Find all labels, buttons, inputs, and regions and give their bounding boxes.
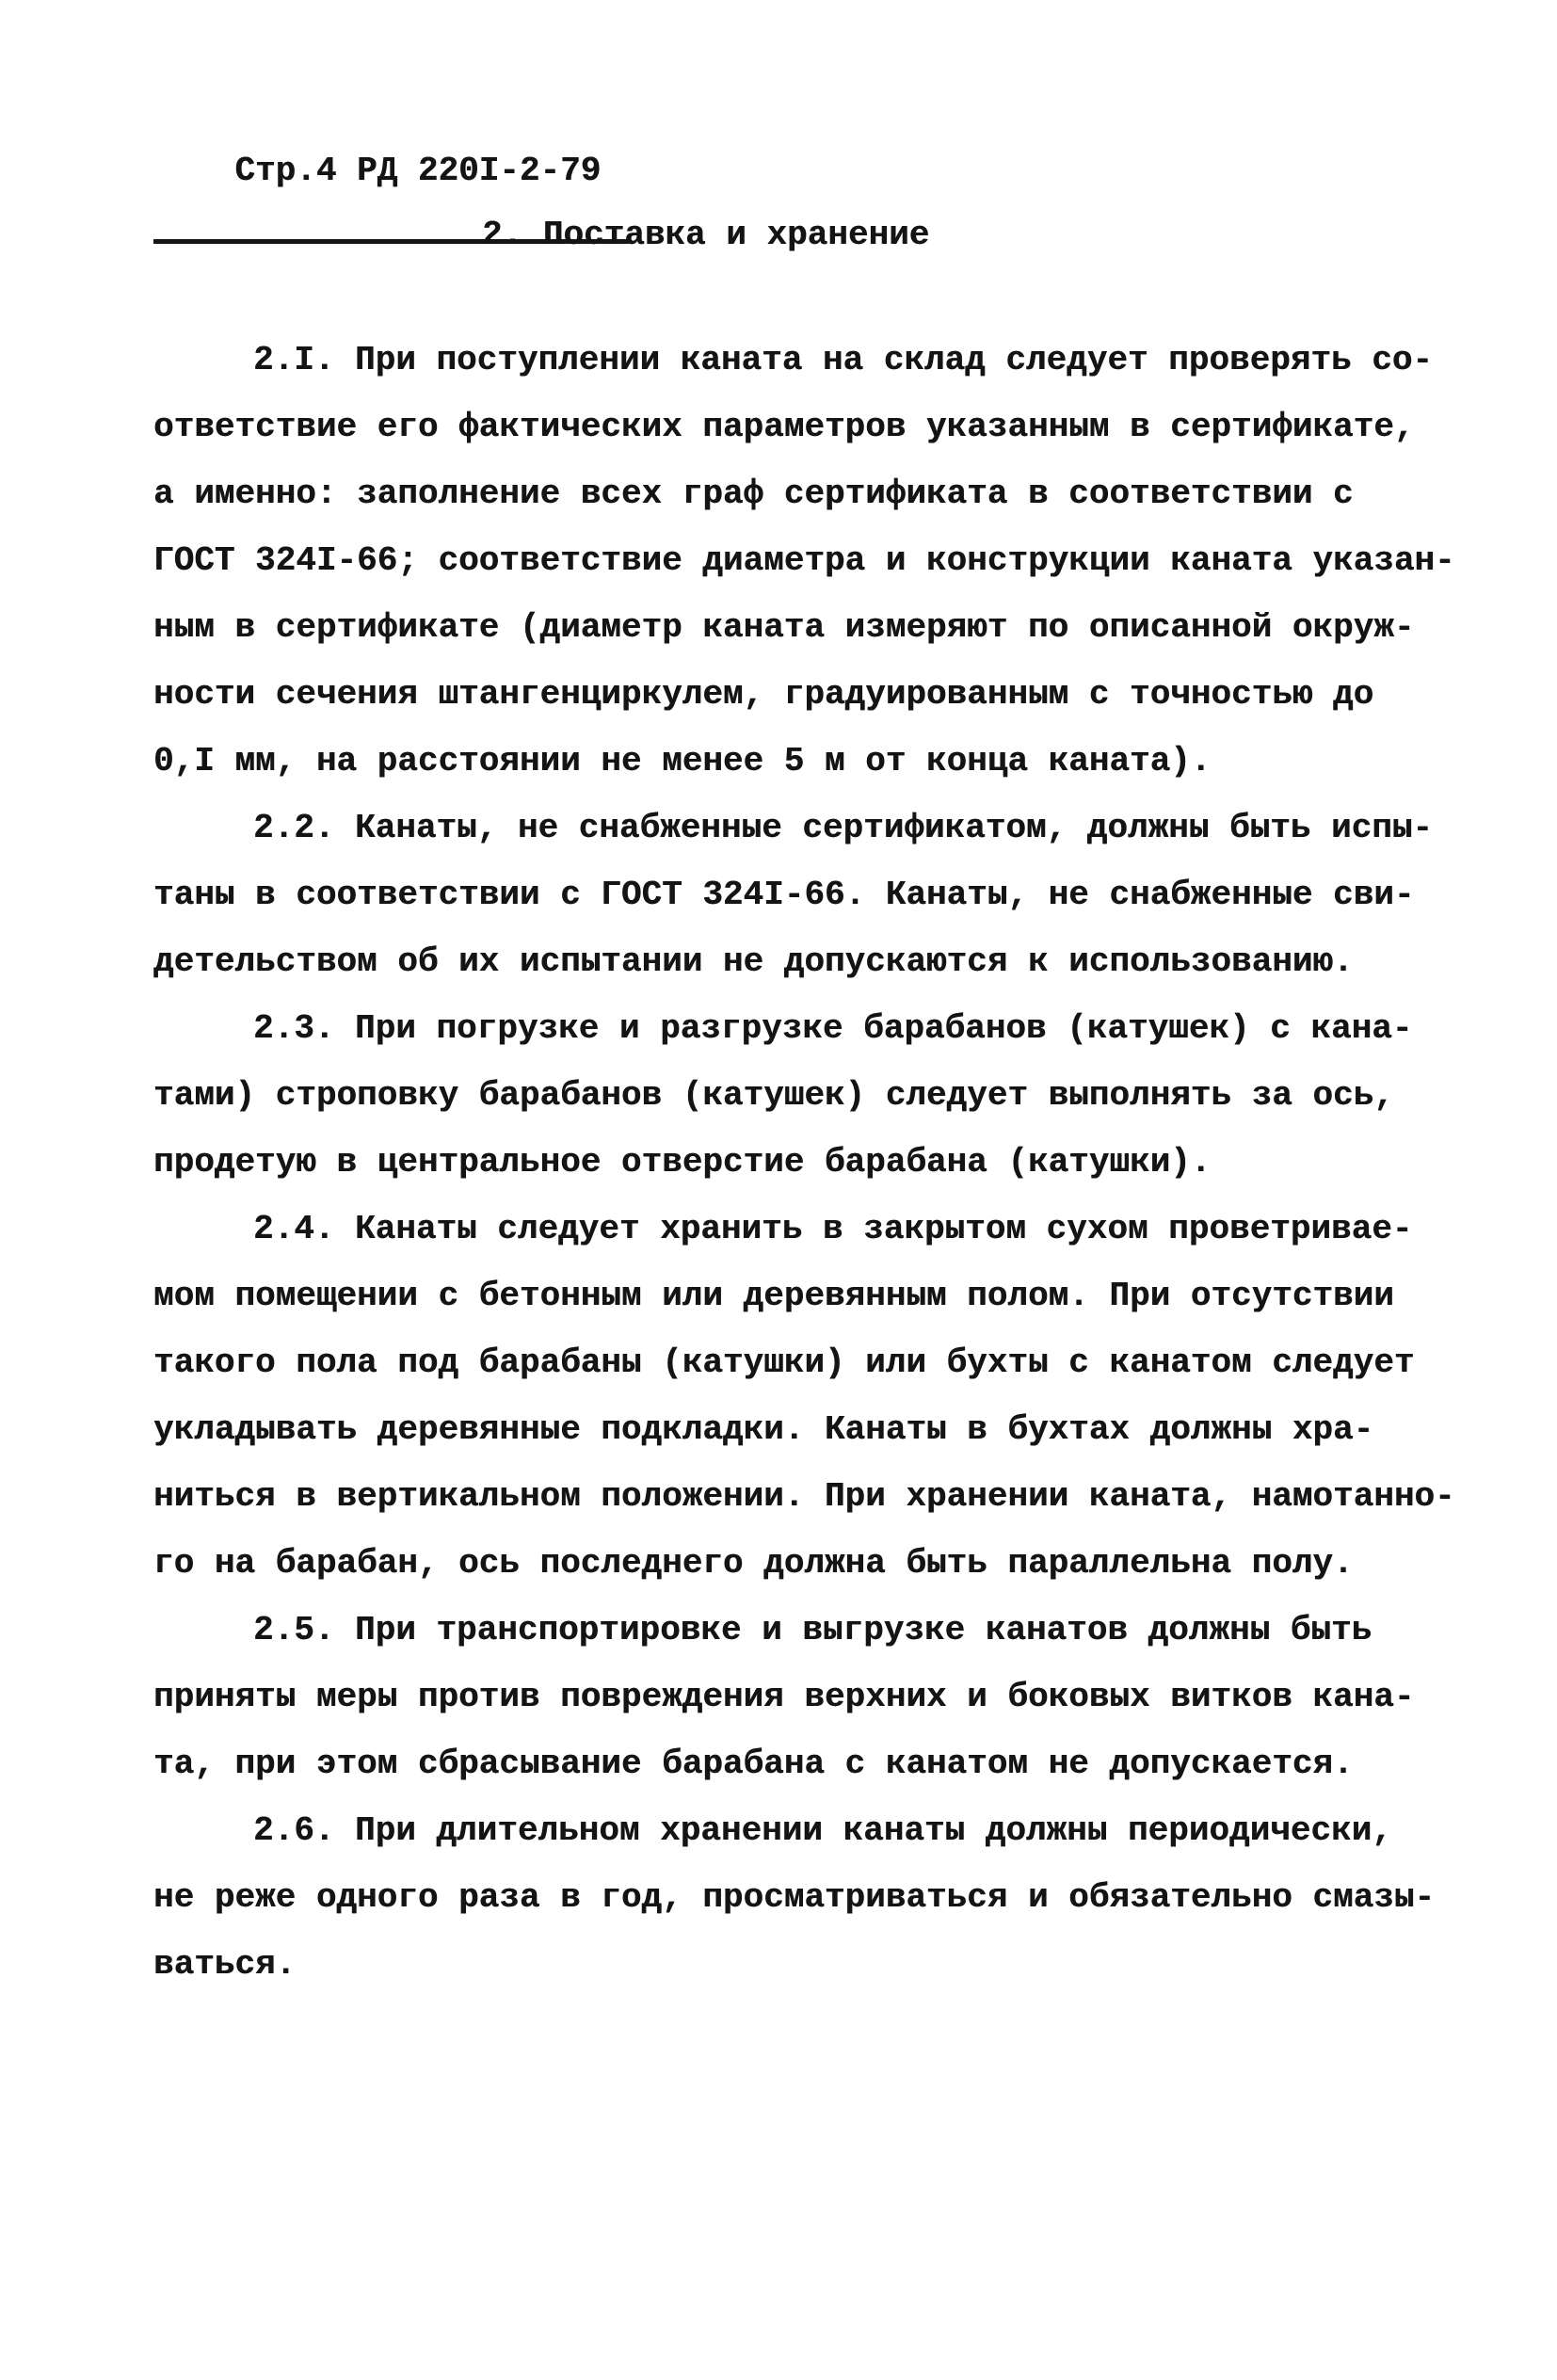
paragraph-2-2: 2.2. Канаты, не снабженные сертификатом,… [153, 795, 1547, 995]
paragraph-2-3: 2.3. При погрузке и разгрузке барабанов … [153, 995, 1547, 1196]
paragraph-2-5: 2.5. При транспортировке и выгрузке кана… [153, 1597, 1547, 1797]
text-line: та, при этом сбрасывание барабана с кана… [153, 1730, 1547, 1797]
page-header-text: Стр.4 РД 220I-2-79 [234, 152, 601, 190]
text-line: ным в сертификате (диаметр каната измеря… [153, 594, 1547, 661]
document-page: Стр.4 РД 220I-2-79 2. Поставка и хранени… [0, 0, 1557, 2380]
text-line: ности сечения штангенциркулем, градуиров… [153, 661, 1547, 728]
text-line: укладывать деревянные подкладки. Канаты … [153, 1396, 1547, 1463]
paragraph-2-6: 2.6. При длительном хранении канаты долж… [153, 1797, 1547, 1998]
text-line: продетую в центральное отверстие барабан… [153, 1129, 1547, 1196]
paragraph-2-1: 2.I. При поступлении каната на склад сле… [153, 327, 1547, 795]
text-line: 2.I. При поступлении каната на склад сле… [153, 327, 1547, 394]
text-line: мом помещении с бетонным или деревянным … [153, 1262, 1547, 1329]
text-line: таны в соответствии с ГОСТ 324I-66. Кана… [153, 861, 1547, 928]
text-line: 0,I мм, на расстоянии не менее 5 м от ко… [153, 728, 1547, 795]
text-line: 2.2. Канаты, не снабженные сертификатом,… [153, 795, 1547, 861]
text-line: го на барабан, ось последнего должна быт… [153, 1530, 1547, 1597]
text-line: 2.3. При погрузке и разгрузке барабанов … [153, 995, 1547, 1062]
section-title: 2. Поставка и хранение [482, 215, 929, 256]
paragraph-2-4: 2.4. Канаты следует хранить в закрытом с… [153, 1196, 1547, 1597]
text-line: ответствие его фактических параметров ук… [153, 394, 1547, 460]
text-line: 2.6. При длительном хранении канаты долж… [153, 1797, 1547, 1864]
document-body: 2.I. При поступлении каната на склад сле… [153, 327, 1547, 1998]
text-line: 2.5. При транспортировке и выгрузке кана… [153, 1597, 1547, 1664]
text-line: ваться. [153, 1931, 1547, 1998]
text-line: тами) строповку барабанов (катушек) след… [153, 1062, 1547, 1129]
text-line: детельством об их испытании не допускают… [153, 928, 1547, 995]
text-line: не реже одного раза в год, просматривать… [153, 1864, 1547, 1931]
text-line: а именно: заполнение всех граф сертифика… [153, 460, 1547, 527]
text-line: ниться в вертикальном положении. При хра… [153, 1463, 1547, 1530]
text-line: ГОСТ 324I-66; соответствие диаметра и ко… [153, 527, 1547, 594]
text-line: приняты меры против повреждения верхних … [153, 1664, 1547, 1730]
text-line: 2.4. Канаты следует хранить в закрытом с… [153, 1196, 1547, 1262]
text-line: такого пола под барабаны (катушки) или б… [153, 1329, 1547, 1396]
